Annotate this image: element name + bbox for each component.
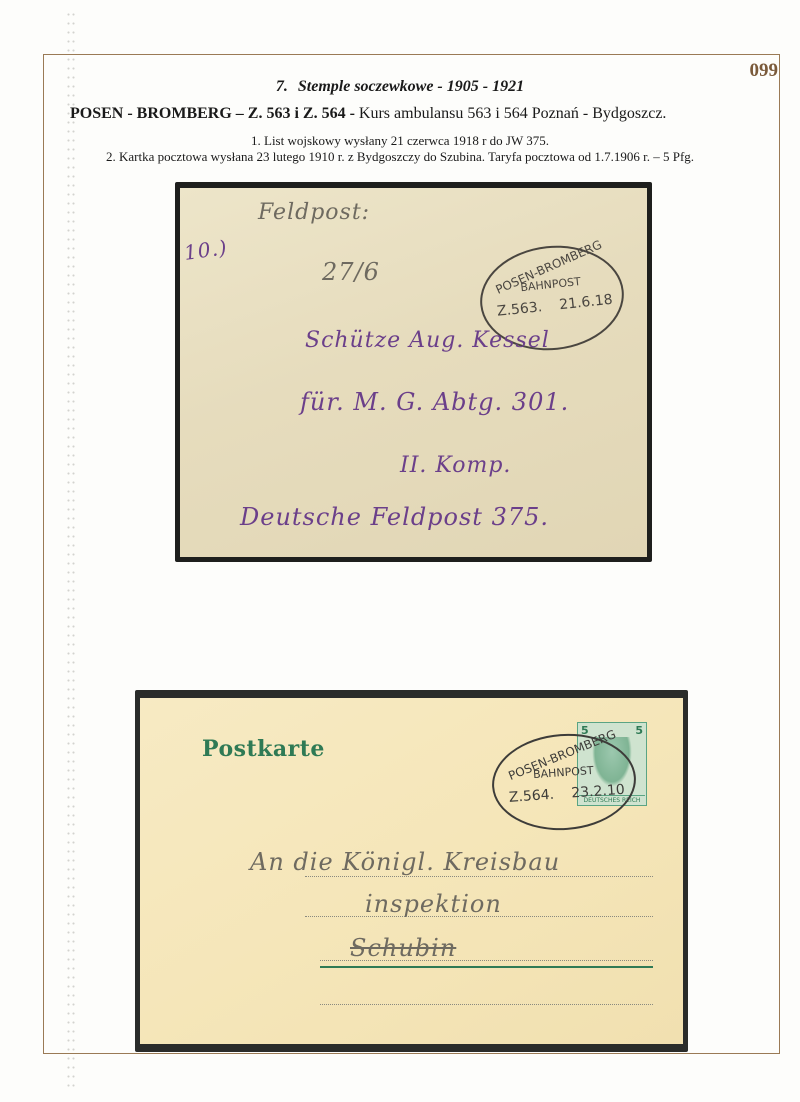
page-subtitle: POSEN - BROMBERG – Z. 563 i Z. 564 - Kur… <box>70 105 666 123</box>
postmark-line: Z.564. 23.2.10 <box>508 782 625 806</box>
hw-date: 27/6 <box>322 258 380 286</box>
address-line-1 <box>305 876 653 877</box>
postmark-line: Z.563. 21.6.18 <box>496 292 613 320</box>
stamp-value-right: 5 <box>635 724 643 737</box>
hw-address-1: An die Königl. Kreisbau <box>250 848 560 876</box>
hw-feldpost: Feldpost: <box>258 200 370 225</box>
section-title-text: Stemple soczewkowe - 1905 - 1921 <box>298 78 524 95</box>
hw-company: II. Komp. <box>400 453 511 478</box>
hw-unit: für. M. G. Abtg. 301. <box>300 388 569 416</box>
address-underline <box>320 966 653 968</box>
military-envelope: Feldpost: 10.) 27/6 POSEN-BROMBERG BAHNP… <box>175 182 652 562</box>
postmark-train: Z.564. <box>508 787 554 806</box>
hw-address-2: inspektion <box>365 890 502 918</box>
hw-addressee: Schütze Aug. Kessel <box>305 328 550 353</box>
address-line-2 <box>305 916 653 917</box>
postcard-paper: Postkarte 5 5 DEUTSCHES REICH POSEN-BROM… <box>140 698 683 1044</box>
section-title: 7. Stemple soczewkowe - 1905 - 1921 <box>0 78 800 96</box>
hw-address-3: Schubin <box>350 934 456 962</box>
postcard: Postkarte 5 5 DEUTSCHES REICH POSEN-BROM… <box>135 690 688 1052</box>
hw-number: 10.) <box>183 235 230 265</box>
note-1: 1. List wojskowy wysłany 21 czerwca 1918… <box>0 133 800 149</box>
postmark-train: Z.563. <box>496 299 543 320</box>
section-number: 7. <box>276 78 288 95</box>
postmark-bahnpost: BAHNPOST <box>493 761 634 784</box>
address-line-3 <box>320 960 653 961</box>
address-line-4 <box>320 1004 653 1005</box>
envelope-paper: Feldpost: 10.) 27/6 POSEN-BROMBERG BAHNP… <box>180 188 647 557</box>
postcard-heading: Postkarte <box>202 736 325 762</box>
note-2: 2. Kartka pocztowa wysłana 23 lutego 191… <box>0 149 800 165</box>
postmark-date: 21.6.18 <box>559 292 614 313</box>
postmark-date: 23.2.10 <box>571 782 625 802</box>
hw-feldpost-number: Deutsche Feldpost 375. <box>240 503 549 531</box>
subtitle-route: POSEN - BROMBERG – Z. 563 i Z. 564 - <box>70 105 355 122</box>
subtitle-description: Kurs ambulansu 563 i 564 Poznań - Bydgos… <box>355 105 667 122</box>
description-notes: 1. List wojskowy wysłany 21 czerwca 1918… <box>0 133 800 165</box>
